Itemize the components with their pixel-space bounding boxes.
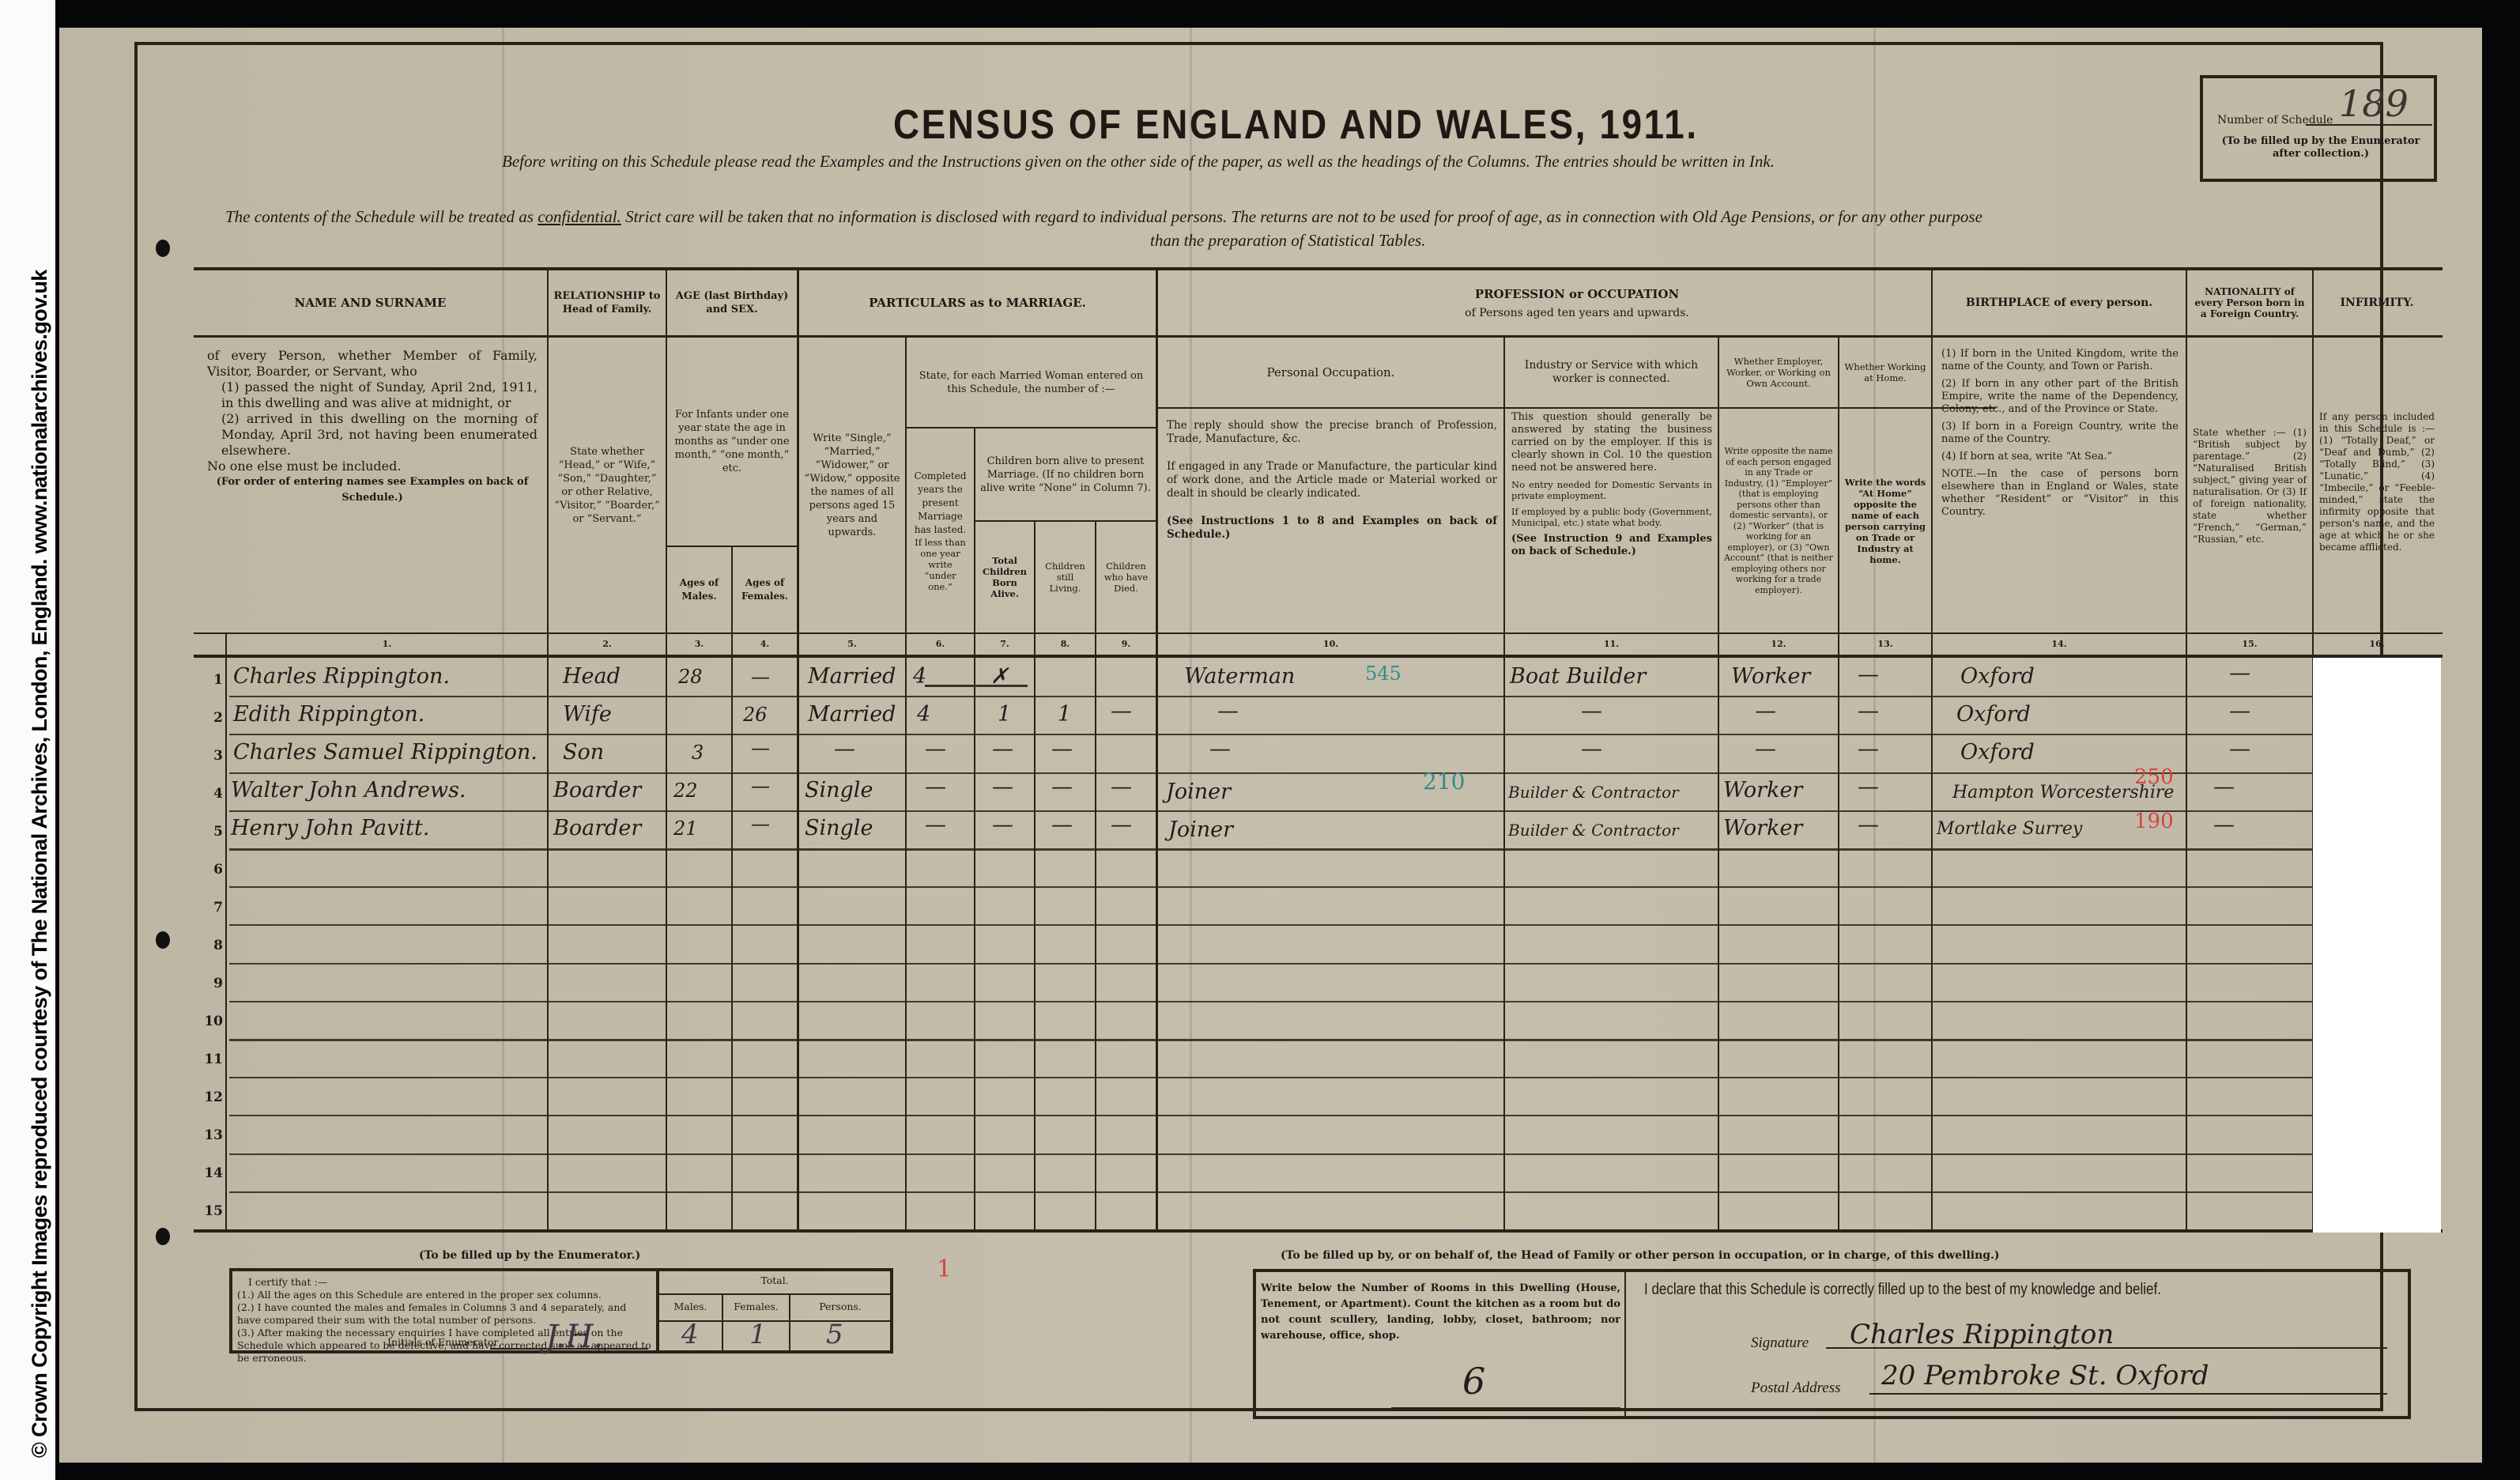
col-header-industry: Industry or Service with which worker is…: [1505, 338, 1718, 407]
persons-label: Persons.: [790, 1301, 890, 1313]
cell-name[interactable]: Edith Rippington.: [233, 702, 424, 727]
signature-field[interactable]: Charles Rippington: [1850, 1319, 2114, 1350]
cell-at-home[interactable]: —: [1858, 699, 1879, 723]
col-desc-name: of every Person, whether Member of Famil…: [202, 348, 542, 625]
col-desc-infirmity: If any person included in this Schedule …: [2314, 340, 2439, 625]
cell-employer-status[interactable]: Worker: [1731, 664, 1810, 689]
cell-industry[interactable]: Builder & Contractor: [1508, 821, 1679, 840]
redacted-infirmity-column: [2313, 658, 2441, 1233]
cell-industry[interactable]: Builder & Contractor: [1508, 783, 1679, 802]
cell-industry[interactable]: Boat Builder: [1510, 664, 1646, 689]
enumerator-red-mark: 1: [937, 1255, 952, 1283]
cell-condition[interactable]: —: [834, 737, 855, 761]
cell-age-female[interactable]: —: [751, 737, 770, 759]
cell-birthplace[interactable]: Oxford: [1956, 702, 2031, 727]
postal-address-label: Postal Address: [1751, 1380, 1840, 1397]
cell-at-home[interactable]: —: [1858, 775, 1879, 799]
cell-industry[interactable]: —: [1581, 737, 1602, 761]
cell-age-male[interactable]: 21: [673, 817, 698, 840]
cell-age-male[interactable]: 28: [678, 666, 703, 688]
cell-years-married[interactable]: —: [925, 813, 946, 837]
occupation-code: 545: [1365, 663, 1401, 685]
cell-birthplace[interactable]: Oxford: [1960, 740, 2035, 765]
cell-years-married[interactable]: —: [925, 737, 946, 761]
cell-children-living[interactable]: —: [1051, 737, 1073, 761]
enumerator-heading: (To be filled up by the Enumerator.): [419, 1249, 640, 1262]
declaration-text: I declare that this Schedule is correctl…: [1644, 1281, 2161, 1299]
birthplace-code: 250: [2134, 765, 2174, 789]
cell-years-married[interactable]: —: [925, 775, 946, 799]
cell-total-children[interactable]: ✗: [990, 664, 1009, 689]
cell-age-female[interactable]: —: [751, 813, 770, 835]
cell-name[interactable]: Henry John Pavitt.: [231, 816, 429, 840]
postal-address-field[interactable]: 20 Pembroke St. Oxford: [1881, 1360, 2209, 1391]
col-desc-age: For Infants under one year state the age…: [667, 338, 797, 546]
cell-years-married[interactable]: 4: [917, 702, 930, 727]
total-persons[interactable]: 5: [826, 1319, 843, 1350]
enumerator-initials[interactable]: J.H.: [545, 1319, 603, 1355]
total-males[interactable]: 4: [681, 1319, 699, 1350]
cell-relationship[interactable]: Son: [563, 740, 604, 765]
instruction-text: Before writing on this Schedule please r…: [502, 152, 1775, 172]
cell-age-male[interactable]: 22: [673, 780, 698, 802]
cell-birthplace[interactable]: Oxford: [1960, 664, 2035, 689]
cell-nationality[interactable]: —: [2229, 737, 2250, 761]
cell-industry[interactable]: —: [1581, 699, 1602, 723]
cell-children-died[interactable]: —: [1111, 775, 1132, 799]
cell-children-died[interactable]: —: [1111, 699, 1132, 723]
col-desc-home: Write the words “At Home” opposite the n…: [1839, 409, 1931, 632]
cell-children-died[interactable]: —: [1111, 813, 1132, 837]
col-desc-condition: Write “Single,” “Married,” “Widower,” or…: [799, 338, 905, 632]
confidential-notice-line2: than the preparation of Statistical Tabl…: [1150, 231, 1425, 251]
schedule-number-value[interactable]: 189: [2339, 82, 2409, 125]
col-header-age-males: Ages of Males.: [667, 547, 731, 632]
cell-total-children[interactable]: —: [992, 813, 1013, 837]
signature-label: Signature: [1751, 1335, 1809, 1352]
confidential-word: confidential.: [538, 207, 621, 226]
col-header-age: AGE (last Birthday) and SEX.: [667, 270, 797, 335]
cell-at-home[interactable]: —: [1858, 663, 1879, 687]
cell-total-children[interactable]: —: [992, 737, 1013, 761]
total-females[interactable]: 1: [749, 1319, 767, 1350]
cell-condition[interactable]: Married: [808, 702, 896, 727]
cell-employer-status[interactable]: —: [1755, 737, 1776, 761]
cell-nationality[interactable]: —: [2213, 813, 2235, 837]
cell-occupation[interactable]: —: [1209, 737, 1231, 761]
cell-occupation[interactable]: Waterman: [1184, 664, 1295, 689]
males-label: Males.: [659, 1301, 722, 1313]
col-header-nationality: NATIONALITY of every Person born in a Fo…: [2187, 270, 2312, 335]
head-section-heading: (To be filled up by, or on behalf of, th…: [1281, 1249, 2000, 1262]
col-header-children-living: Children still Living.: [1036, 522, 1095, 632]
col-desc-personal-occupation: The reply should show the precise branch…: [1162, 419, 1502, 617]
col-desc-children-born: Children born alive to present Marriage.…: [975, 429, 1156, 520]
cell-age-male[interactable]: 3: [692, 742, 704, 764]
cell-at-home[interactable]: —: [1858, 813, 1879, 837]
col-header-age-females: Ages of Females.: [733, 547, 797, 632]
col-header-employer: Whether Employer, Worker, or Working on …: [1719, 338, 1838, 407]
col-header-total-children: Total Children Born Alive.: [975, 522, 1034, 632]
schedule-number-note: (To be filled up by the Enumerator after…: [2214, 135, 2428, 160]
females-label: Females.: [723, 1301, 789, 1313]
col-header-marriage: PARTICULARS as to MARRIAGE.: [799, 270, 1156, 335]
cell-employer-status[interactable]: Worker: [1723, 778, 1802, 802]
cell-condition[interactable]: Married: [808, 664, 896, 689]
cell-age-female[interactable]: —: [751, 666, 770, 688]
cell-relationship[interactable]: Head: [563, 664, 621, 689]
col-header-relationship: RELATIONSHIP to Head of Family.: [549, 270, 666, 335]
occupation-code: 210: [1423, 768, 1465, 795]
col-desc-birthplace: (1) If born in the United Kingdom, write…: [1937, 348, 2183, 625]
cell-name[interactable]: Charles Samuel Rippington.: [233, 740, 538, 765]
cell-age-female[interactable]: 26: [743, 704, 768, 726]
cell-relationship[interactable]: Wife: [563, 702, 612, 727]
cell-birthplace[interactable]: Mortlake Surrey: [1937, 819, 2082, 839]
col-header-birthplace: BIRTHPLACE of every person.: [1933, 270, 2186, 335]
col-desc-employer: Write opposite the name of each person e…: [1719, 409, 1838, 632]
strike-through: [925, 685, 1028, 687]
col-desc-years-married: Completed years the present Marriage has…: [907, 429, 974, 632]
copyright-notice: © Crown Copyright Images reproduced cour…: [28, 270, 52, 1458]
cell-children-living[interactable]: —: [1051, 775, 1073, 799]
cell-age-female[interactable]: —: [751, 775, 770, 797]
copyright-strip: © Crown Copyright Images reproduced cour…: [0, 0, 55, 1480]
page-title: CENSUS OF ENGLAND AND WALES, 1911.: [893, 101, 1699, 149]
cell-relationship[interactable]: Boarder: [553, 816, 641, 840]
col-desc-industry: This question should generally be answer…: [1507, 411, 1717, 629]
cell-relationship[interactable]: Boarder: [553, 778, 641, 802]
col-header-infirmity: INFIRMITY.: [2314, 270, 2440, 335]
col-header-home: Whether Working at Home.: [1839, 338, 1931, 407]
schedule-number-box: Number of Schedule 189 (To be filled up …: [2200, 75, 2437, 182]
cell-employer-status[interactable]: —: [1755, 699, 1776, 723]
cell-nationality[interactable]: —: [2229, 699, 2250, 723]
total-label: Total.: [656, 1274, 893, 1287]
col-header-name: NAME AND SURNAME: [194, 270, 547, 335]
col-header-personal-occupation: Personal Occupation.: [1158, 338, 1503, 407]
initials-label: Initials of Enumerator: [387, 1336, 498, 1349]
cell-occupation[interactable]: Joiner: [1166, 780, 1231, 804]
cell-nationality[interactable]: —: [2229, 661, 2250, 685]
cell-name[interactable]: Walter John Andrews.: [231, 778, 466, 802]
cell-condition[interactable]: Single: [805, 816, 873, 840]
col-desc-nationality: State whether :— (1) “British subject by…: [2188, 348, 2311, 625]
cell-employer-status[interactable]: Worker: [1723, 816, 1802, 840]
cell-total-children[interactable]: —: [992, 775, 1013, 799]
col-subheader-occupation: of Persons aged ten years and upwards.: [1158, 304, 1996, 323]
cell-at-home[interactable]: —: [1858, 737, 1879, 761]
cell-occupation[interactable]: —: [1217, 699, 1239, 723]
cell-occupation[interactable]: Joiner: [1168, 817, 1233, 842]
birthplace-code: 190: [2134, 810, 2174, 833]
cell-children-living[interactable]: 1: [1058, 702, 1071, 727]
cell-condition[interactable]: Single: [805, 778, 873, 802]
col-header-children-died: Children who have Died.: [1096, 522, 1156, 632]
col-desc-relationship: State whether “Head,” or “Wife,” “Son,” …: [549, 338, 666, 632]
cell-name[interactable]: Charles Rippington.: [233, 664, 450, 689]
cell-nationality[interactable]: —: [2213, 775, 2235, 799]
rooms-count[interactable]: 6: [1462, 1360, 1485, 1403]
col-header-occupation: PROFESSION or OCCUPATION: [1158, 283, 1996, 305]
cell-children-living[interactable]: —: [1051, 813, 1073, 837]
cell-total-children[interactable]: 1: [998, 702, 1011, 727]
col-desc-married-woman: State, for each Married Woman entered on…: [907, 338, 1156, 427]
confidential-notice: The contents of the Schedule will be tre…: [225, 207, 1982, 227]
rooms-instruction: Write below the Number of Rooms in this …: [1261, 1281, 1620, 1344]
